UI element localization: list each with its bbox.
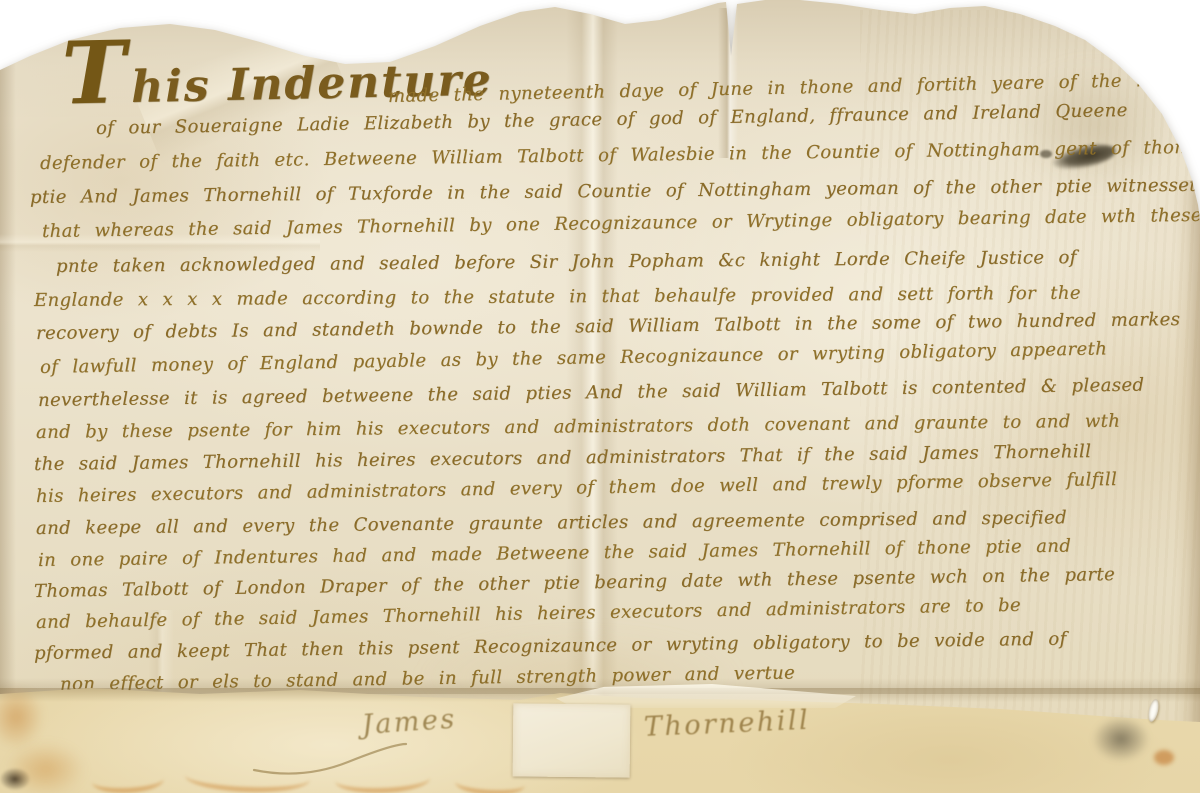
signature-flourish <box>248 738 413 780</box>
parchment-wrapper: This Indenture made the nyneteenth daye … <box>0 0 1200 793</box>
repair-patch <box>513 703 631 777</box>
photograph-background: This Indenture made the nyneteenth daye … <box>0 0 1200 793</box>
signature-james: James <box>361 703 458 741</box>
parchment-document: This Indenture made the nyneteenth daye … <box>0 0 1200 793</box>
